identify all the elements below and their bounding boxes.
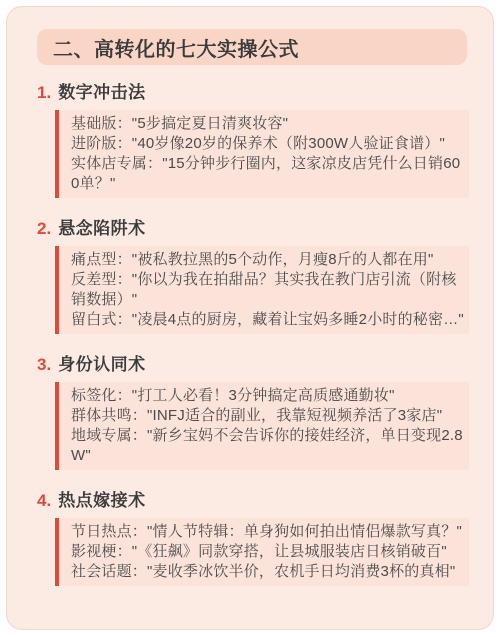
example-line: 地域专属："新乡宝妈不会告诉你的接娃经济，单日变现2.8W" <box>71 426 465 466</box>
example-block: 标签化："打工人必看！3分钟搞定高质感通勤妆" 群体共鸣："INFJ适合的副业，… <box>55 382 469 470</box>
card-title-box: 二、高转化的七大实操公式 <box>37 29 467 65</box>
example-line: 反差型："你以为我在拍甜品？其实我在教门店引流（附核销数据）" <box>71 270 465 310</box>
example-block: 节日热点："情人节特辑：单身狗如何拍出情侣爆款写真？" 影视梗："《狂飙》同款穿… <box>55 518 469 586</box>
section-identity: 3. 身份认同术 标签化："打工人必看！3分钟搞定高质感通勤妆" 群体共鸣："I… <box>37 350 467 470</box>
example-line: 基础版："5步搞定夏日清爽妆容" <box>71 114 465 134</box>
section-heading: 身份认同术 <box>58 350 146 375</box>
example-line: 痛点型："被私教拉黑的5个动作，月瘦8斤的人都在用" <box>71 250 465 270</box>
section-number: 1. <box>37 83 51 103</box>
section-number-impact: 1. 数字冲击法 基础版："5步搞定夏日清爽妆容" 进阶版："40岁像20岁的保… <box>37 78 467 198</box>
card-title: 二、高转化的七大实操公式 <box>53 33 299 62</box>
example-line: 实体店专属："15分钟步行圈内，这家凉皮店凭什么日销600单？" <box>71 154 465 194</box>
section-heading-row: 4. 热点嫁接术 <box>37 486 467 510</box>
section-heading-row: 2. 悬念陷阱术 <box>37 214 467 238</box>
example-line: 社会话题："麦收季冰饮半价，农机手日均消费3杯的真相" <box>71 562 465 582</box>
example-line: 留白式："凌晨4点的厨房，藏着让宝妈多睡2小时的秘密…" <box>71 310 465 330</box>
example-block: 痛点型："被私教拉黑的5个动作，月瘦8斤的人都在用" 反差型："你以为我在拍甜品… <box>55 246 469 334</box>
section-trend-grafting: 4. 热点嫁接术 节日热点："情人节特辑：单身狗如何拍出情侣爆款写真？" 影视梗… <box>37 486 467 586</box>
section-heading: 热点嫁接术 <box>58 486 146 511</box>
example-line: 节日热点："情人节特辑：单身狗如何拍出情侣爆款写真？" <box>71 522 465 542</box>
content-card: 二、高转化的七大实操公式 1. 数字冲击法 基础版："5步搞定夏日清爽妆容" 进… <box>6 6 494 630</box>
example-line: 进阶版："40岁像20岁的保养术（附300W人验证食谱）" <box>71 134 465 154</box>
example-line: 标签化："打工人必看！3分钟搞定高质感通勤妆" <box>71 386 465 406</box>
example-line: 影视梗："《狂飙》同款穿搭，让县城服装店日核销破百" <box>71 542 465 562</box>
section-heading-row: 3. 身份认同术 <box>37 350 467 374</box>
section-heading: 悬念陷阱术 <box>58 214 146 239</box>
section-suspense-trap: 2. 悬念陷阱术 痛点型："被私教拉黑的5个动作，月瘦8斤的人都在用" 反差型：… <box>37 214 467 334</box>
section-number: 2. <box>37 219 51 239</box>
section-heading-row: 1. 数字冲击法 <box>37 78 467 102</box>
example-line: 群体共鸣："INFJ适合的副业，我靠短视频养活了3家店" <box>71 406 465 426</box>
section-heading: 数字冲击法 <box>58 78 146 103</box>
section-number: 4. <box>37 491 51 511</box>
example-block: 基础版："5步搞定夏日清爽妆容" 进阶版："40岁像20岁的保养术（附300W人… <box>55 110 469 198</box>
section-number: 3. <box>37 355 51 375</box>
